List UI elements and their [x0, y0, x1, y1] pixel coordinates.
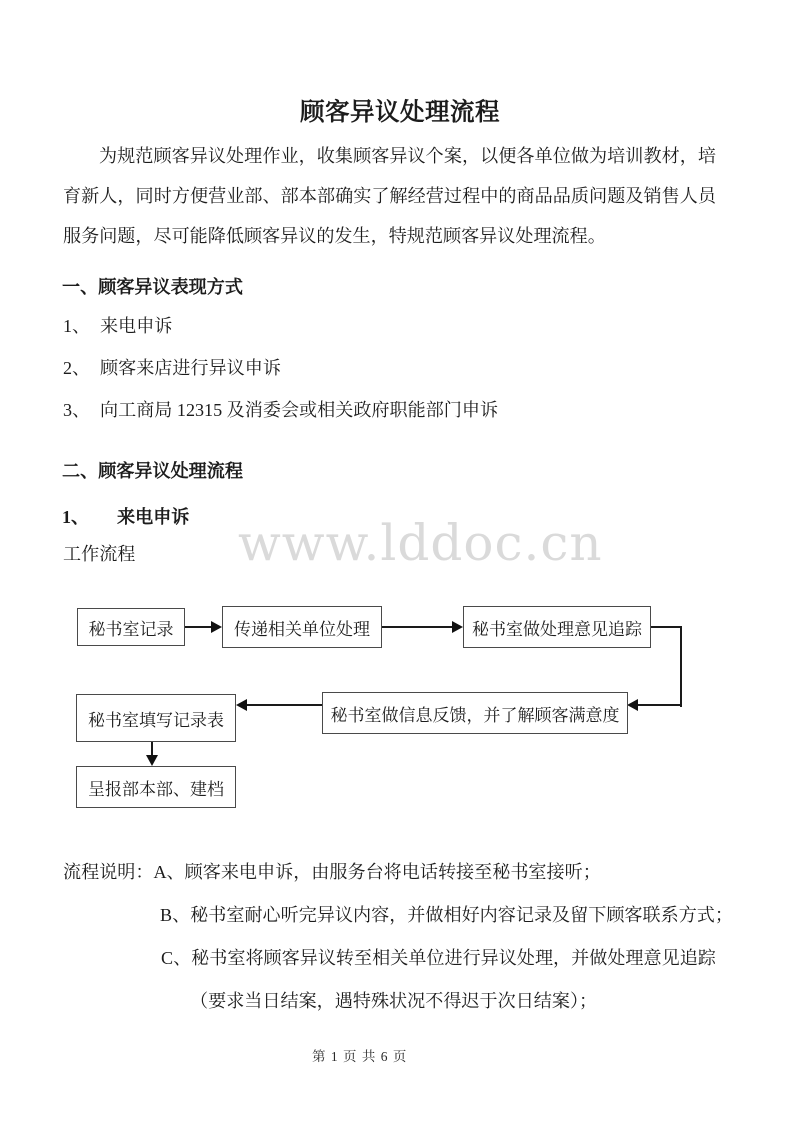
flow-box-forward: 传递相关单位处理: [222, 606, 382, 648]
note-line-b: B、秘书室耐心听完异议内容，并做相好内容记录及留下顾客联系方式；: [160, 903, 733, 927]
sub-heading-number: 1、: [62, 506, 117, 528]
flow-arrow-4-line: [151, 742, 153, 756]
list-item-text: 顾客来店进行异议申诉: [100, 358, 281, 378]
flow-box-report: 呈报部本部、建档: [76, 766, 236, 808]
flow-arrow-3-line: [247, 704, 322, 706]
intro-paragraph: 为规范顾客异议处理作业，收集顾客异议个案，以便各单位做为培训教材，培 育新人，同…: [63, 136, 716, 256]
list-item-3: 3、向工商局 12315 及消委会或相关政府职能部门申诉: [63, 399, 498, 421]
note-line-a: 流程说明：A、顾客来电申诉，由服务台将电话转接至秘书室接听；: [63, 860, 601, 884]
intro-line: 为规范顾客异议处理作业，收集顾客异议个案，以便各单位做为培训教材，培: [63, 136, 716, 176]
flow-arrow-2-line: [382, 626, 452, 628]
sub-heading-text: 来电申诉: [117, 507, 189, 527]
flow-box-feedback: 秘书室做信息反馈，并了解顾客满意度: [322, 692, 628, 734]
flow-arrow-3-head: [236, 699, 247, 711]
list-item-number: 3、: [63, 399, 100, 421]
list-item-number: 1、: [63, 315, 100, 337]
page-number: 第 1 页 共 6 页: [312, 1045, 407, 1065]
flow-connector-vertical: [680, 626, 682, 707]
flow-arrow-1-head: [211, 621, 222, 633]
flow-connector-stub: [651, 626, 682, 628]
flow-arrow-4-head: [146, 755, 158, 766]
flow-connector-back-head: [627, 699, 638, 711]
flow-box-track: 秘书室做处理意见追踪: [463, 606, 651, 648]
page-title: 顾客异议处理流程: [0, 96, 800, 130]
flow-box-record: 秘书室记录: [77, 608, 185, 646]
note-line-d: （要求当日结案，遇特殊状况不得迟于次日结案）；: [190, 989, 597, 1013]
list-item-1: 1、来电申诉: [63, 315, 172, 337]
intro-line: 服务问题，尽可能降低顾客异议的发生，特规范顾客异议处理流程。: [63, 216, 716, 256]
intro-line: 育新人，同时方便营业部、部本部确实了解经营过程中的商品品质问题及销售人员: [63, 176, 716, 216]
section2-sub-heading: 1、来电申诉: [62, 506, 189, 528]
flow-connector-back-line: [638, 704, 682, 706]
flow-box-fill: 秘书室填写记录表: [76, 694, 236, 742]
list-item-2: 2、顾客来店进行异议申诉: [63, 357, 281, 379]
workflow-label: 工作流程: [63, 543, 135, 565]
note-line-c: C、秘书室将顾客异议转至相关单位进行异议处理，并做处理意见追踪: [161, 946, 716, 970]
flow-arrow-2-head: [452, 621, 463, 633]
flow-arrow-1-line: [185, 626, 212, 628]
list-item-text: 来电申诉: [100, 316, 172, 336]
section1-heading: 一、顾客异议表现方式: [62, 276, 243, 298]
list-item-text: 向工商局 12315 及消委会或相关政府职能部门申诉: [100, 400, 498, 420]
document-page: www.lddoc.cn 顾客异议处理流程 为规范顾客异议处理作业，收集顾客异议…: [0, 0, 800, 1132]
section2-heading: 二、顾客异议处理流程: [62, 460, 243, 482]
watermark-text: www.lddoc.cn: [238, 518, 603, 568]
list-item-number: 2、: [63, 357, 100, 379]
